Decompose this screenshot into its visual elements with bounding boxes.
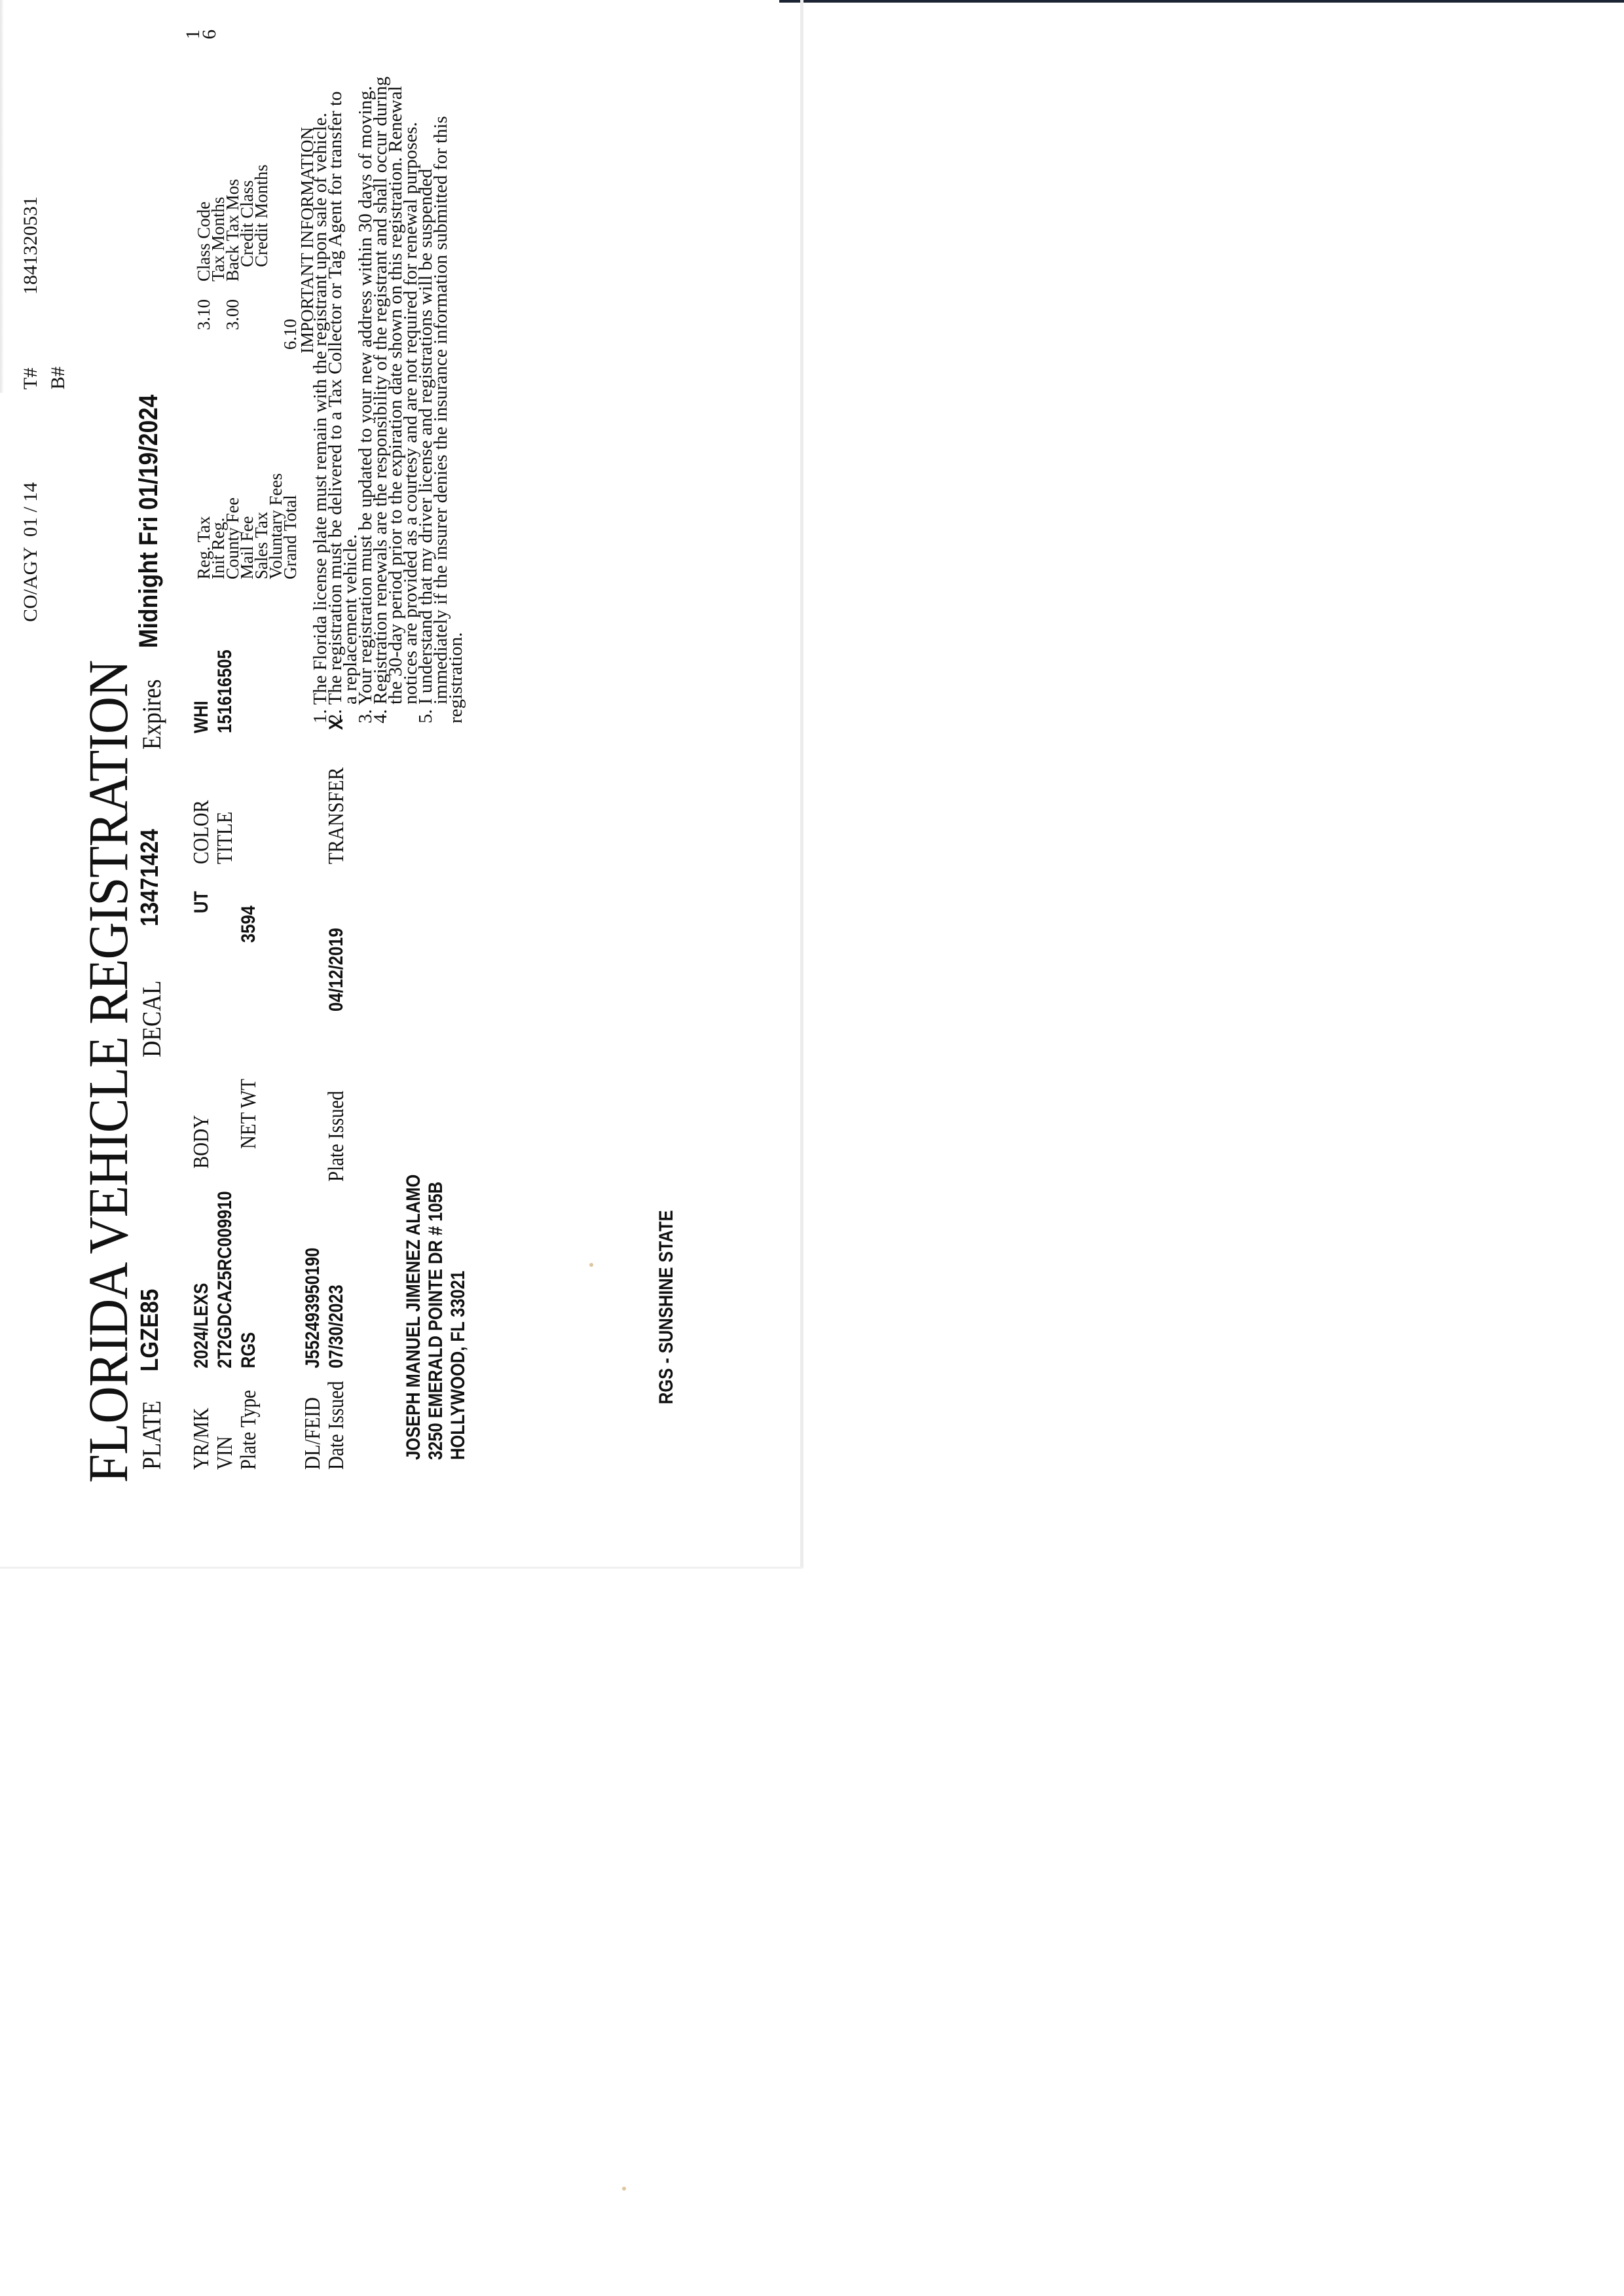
- plate-description: RGS - SUNSHINE STATE: [655, 1210, 678, 1404]
- scan-speck: [622, 2187, 626, 2191]
- expires-label: Expires: [136, 679, 167, 750]
- plate-issued-label: Plate Issued: [325, 1091, 348, 1182]
- vehicle-values: 2024/LEXS 2T2GDCAZ5RC009910 RGS: [190, 1191, 261, 1368]
- vehicle-labels: YR/MK VIN Plate Type: [190, 1390, 261, 1470]
- decal-label: DECAL: [136, 981, 167, 1057]
- fee-labels: Reg. Tax Init Reg. County Fee Mail Fee S…: [196, 473, 297, 579]
- t-number-value: 1841320531: [20, 196, 42, 295]
- vin-value: 2T2GDCAZ5RC009910: [213, 1191, 237, 1368]
- dl-feid-value: J552493950190: [301, 1248, 325, 1368]
- registration-slip: CO/AGY 01 / 14 T# 1841320531 B# FLORIDA …: [0, 0, 803, 1568]
- important-line: immediately if the insurer denies the in…: [434, 77, 449, 723]
- color-label: COLOR: [190, 800, 213, 864]
- co-agy-value: 01 / 14: [20, 483, 42, 537]
- fee-value: 3.10: [196, 299, 211, 338]
- color-value: WHI: [190, 701, 213, 733]
- co-agy-label: CO/AGY: [20, 547, 42, 622]
- plate-value: LGZE85: [136, 1289, 164, 1372]
- body-label: BODY: [190, 1115, 213, 1169]
- yrmk-value: 2024/LEXS: [190, 1191, 213, 1368]
- net-wt-value: 3594: [237, 905, 261, 943]
- fee-label: Grand Total: [283, 473, 297, 579]
- expires-value: Midnight Fri 01/19/2024: [134, 395, 164, 648]
- yrmk-label: YR/MK: [190, 1390, 213, 1470]
- owner-name: JOSEPH MANUEL JIMENEZ ALAMO: [403, 1175, 425, 1460]
- b-number-label: B#: [47, 367, 69, 390]
- important-line: registration.: [449, 77, 464, 723]
- fee-values: 3.10 3.00 6.10: [196, 299, 297, 338]
- important-list: 1. The Florida license plate must remain…: [313, 77, 464, 723]
- fee-value: [240, 299, 254, 338]
- plate-label: PLATE: [136, 1400, 167, 1470]
- title-label: TITLE: [213, 812, 237, 864]
- body-value: UT: [190, 891, 213, 913]
- plate-type-value: RGS: [237, 1191, 261, 1368]
- plate-issued-value: 04/12/2019: [325, 928, 348, 1011]
- vin-label: VIN: [213, 1390, 237, 1470]
- owner-city: HOLLYWOOD, FL 33021: [447, 1175, 470, 1460]
- decal-value: 13471424: [136, 829, 164, 926]
- class-label: Credit Months: [254, 164, 268, 282]
- title-value: 151616505: [213, 649, 237, 733]
- date-issued-value: 07/30/2023: [325, 1248, 348, 1368]
- net-wt-label: NET WT: [237, 1079, 261, 1149]
- class-value: 6: [201, 29, 217, 39]
- class-values: 1 6: [185, 29, 217, 39]
- owner-street: 3250 EMERALD POINTE DR # 105B: [425, 1175, 447, 1460]
- issuance-labels: DL/FEID Date Issued: [301, 1381, 348, 1470]
- class-labels: Class Code Tax Months Back Tax Mos Credi…: [196, 164, 268, 282]
- fee-value: [254, 299, 268, 338]
- scan-speck: [589, 1263, 593, 1267]
- scanner-edge: [779, 0, 1624, 3]
- dl-feid-label: DL/FEID: [301, 1381, 325, 1470]
- document-title: FLORIDA VEHICLE REGISTRATION: [75, 661, 141, 1483]
- plate-type-label: Plate Type: [237, 1390, 261, 1470]
- transfer-label: TRANSFER: [325, 767, 348, 864]
- fee-value: 3.00: [225, 299, 240, 338]
- t-number-label: T#: [20, 368, 42, 390]
- fee-value-grand-total: 6.10: [283, 319, 297, 358]
- date-issued-label: Date Issued: [325, 1381, 348, 1470]
- owner-address: JOSEPH MANUEL JIMENEZ ALAMO 3250 EMERALD…: [403, 1175, 470, 1460]
- issuance-values: J552493950190 07/30/2023: [301, 1248, 348, 1368]
